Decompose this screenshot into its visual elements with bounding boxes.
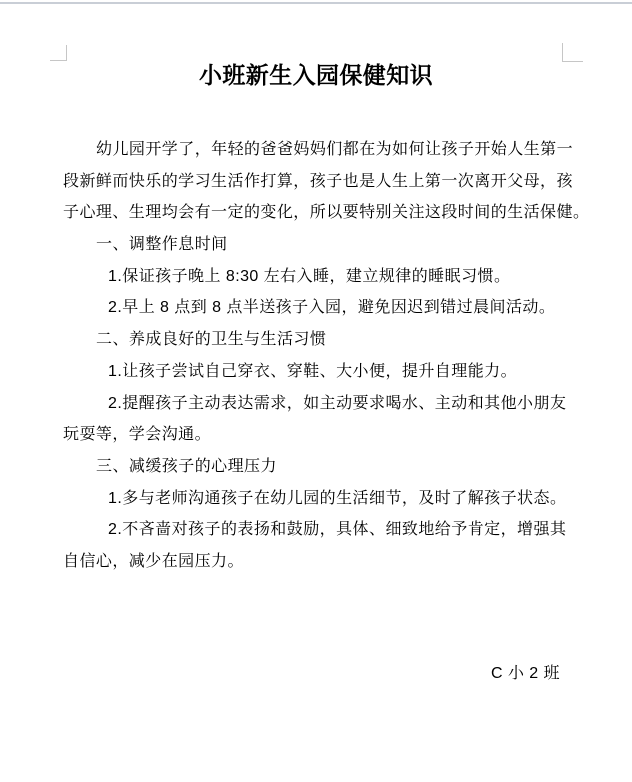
paragraph-line: 1.让孩子尝试自己穿衣、穿鞋、大小便，提升自理能力。 [63, 356, 575, 388]
section-heading-line: 一、调整作息时间 [63, 229, 575, 261]
paragraph-line: 玩耍等，学会沟通。 [63, 419, 575, 451]
section-heading-line: 三、减缓孩子的心理压力 [63, 451, 575, 483]
paragraph-line: 幼儿园开学了，年轻的爸爸妈妈们都在为如何让孩子开始人生第一 [63, 134, 575, 166]
window-top-edge-line [0, 2, 632, 4]
paragraph-line: 自信心，减少在园压力。 [63, 546, 575, 578]
document-title: 小班新生入园保健知识 [0, 58, 632, 94]
paragraph-line: 段新鲜而快乐的学习生活作打算，孩子也是人生上第一次离开父母，孩 [63, 166, 575, 198]
document-body: 幼儿园开学了，年轻的爸爸妈妈们都在为如何让孩子开始人生第一段新鲜而快乐的学习生活… [63, 134, 575, 578]
paragraph-line: 2.不吝啬对孩子的表扬和鼓励，具体、细致地给予肯定，增强其 [63, 514, 575, 546]
paragraph-line: 1.保证孩子晚上 8:30 左右入睡，建立规律的睡眠习惯。 [63, 261, 575, 293]
document-page: 小班新生入园保健知识 幼儿园开学了，年轻的爸爸妈妈们都在为如何让孩子开始人生第一… [0, 0, 632, 782]
paragraph-line: 子心理、生理均会有一定的变化，所以要特别关注这段时间的生活保健。 [63, 197, 575, 229]
paragraph-line: 1.多与老师沟通孩子在幼儿园的生活细节，及时了解孩子状态。 [63, 483, 575, 515]
paragraph-line: 2.早上 8 点到 8 点半送孩子入园，避免因迟到错过晨间活动。 [63, 292, 575, 324]
paragraph-line: 2.提醒孩子主动表达需求，如主动要求喝水、主动和其他小朋友 [63, 388, 575, 420]
signature-class-label: C 小 2 班 [491, 664, 560, 684]
section-heading-line: 二、养成良好的卫生与生活习惯 [63, 324, 575, 356]
